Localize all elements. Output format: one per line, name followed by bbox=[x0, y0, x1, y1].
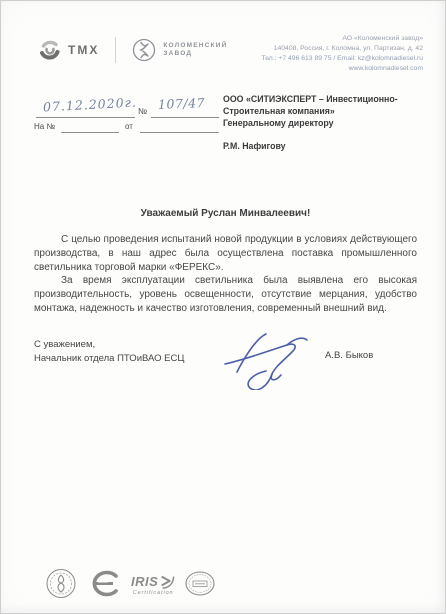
handwritten-date: 07.12.2020г. bbox=[43, 95, 138, 115]
certification-footer: IRIS Certification bbox=[45, 567, 216, 600]
kolomna-brand-name: КОЛОМЕНСКИЙ ЗАВОД bbox=[163, 42, 227, 59]
addressee-block: ООО «СИТИЭКСПЕРТ – Инвестиционно- Строит… bbox=[223, 93, 423, 152]
number-sign-label: № bbox=[138, 106, 147, 116]
cert-c-icon bbox=[86, 570, 122, 597]
paragraph-1: С целью проведения испытаний новой проду… bbox=[34, 233, 417, 274]
addressee-line-2: Строительная компания» bbox=[223, 105, 423, 117]
iris-certification-label: Certification bbox=[133, 590, 174, 596]
letter-page: ТМХ КОЛОМЕНСКИЙ ЗАВОД АО «Коломенский за… bbox=[0, 0, 446, 614]
paragraph-2: За время эксплуатации светильника была в… bbox=[34, 274, 417, 315]
cert-emblem-icon bbox=[45, 567, 77, 600]
cert-badge-icon bbox=[184, 570, 216, 597]
iris-label: IRIS bbox=[131, 574, 158, 589]
reply-date-underline bbox=[140, 132, 219, 133]
number-underline bbox=[151, 117, 219, 118]
letter-body: Уважаемый Руслан Минвалеевич! С целью пр… bbox=[34, 208, 417, 316]
tmx-logo: ТМХ bbox=[39, 39, 99, 61]
letterhead: ТМХ КОЛОМЕНСКИЙ ЗАВОД bbox=[39, 37, 227, 63]
brand-line-2: ЗАВОД bbox=[163, 50, 227, 59]
from-label: от bbox=[125, 122, 133, 131]
company-phone-email: Тел.: +7 496 613 89 75 / Email: kz@kolom… bbox=[261, 54, 423, 64]
tmx-label: ТМХ bbox=[68, 43, 99, 57]
tmx-logo-icon bbox=[39, 39, 61, 61]
contact-block: АО «Коломенский завод» 140408, Россия, г… bbox=[261, 34, 423, 74]
handwritten-number: 107/47 bbox=[158, 95, 205, 112]
kolomna-logo: КОЛОМЕНСКИЙ ЗАВОД bbox=[132, 38, 227, 62]
brand-line-1: КОЛОМЕНСКИЙ bbox=[163, 42, 227, 51]
company-name: АО «Коломенский завод» bbox=[261, 34, 423, 44]
reply-number-underline bbox=[61, 132, 119, 133]
iris-arrow-icon bbox=[159, 573, 175, 589]
closing-line: С уважением, bbox=[34, 338, 184, 352]
header-divider bbox=[115, 37, 116, 63]
signer-name: А.В. Быков bbox=[325, 350, 373, 361]
closing-block: С уважением, Начальник отдела ПТОиВАО ЕС… bbox=[34, 338, 184, 366]
salutation: Уважаемый Руслан Минвалеевич! bbox=[34, 208, 417, 219]
addressee-line-1: ООО «СИТИЭКСПЕРТ – Инвестиционно- bbox=[223, 93, 423, 105]
reply-to-label: На № bbox=[34, 122, 55, 131]
company-address: 140408, Россия, г. Коломна, ул. Партизан… bbox=[261, 44, 423, 54]
date-underline bbox=[36, 117, 135, 118]
iris-mark: IRIS Certification bbox=[131, 573, 175, 596]
signer-title: Начальник отдела ПТОиВАО ЕСЦ bbox=[34, 352, 184, 366]
addressee-name: Р.М. Нафигову bbox=[223, 140, 423, 152]
addressee-line-3: Генеральному директору bbox=[223, 117, 423, 129]
kolomna-logo-icon bbox=[132, 38, 156, 62]
company-website: www.kolomnadiesel.com bbox=[261, 64, 423, 74]
signature-scribble bbox=[209, 324, 319, 390]
